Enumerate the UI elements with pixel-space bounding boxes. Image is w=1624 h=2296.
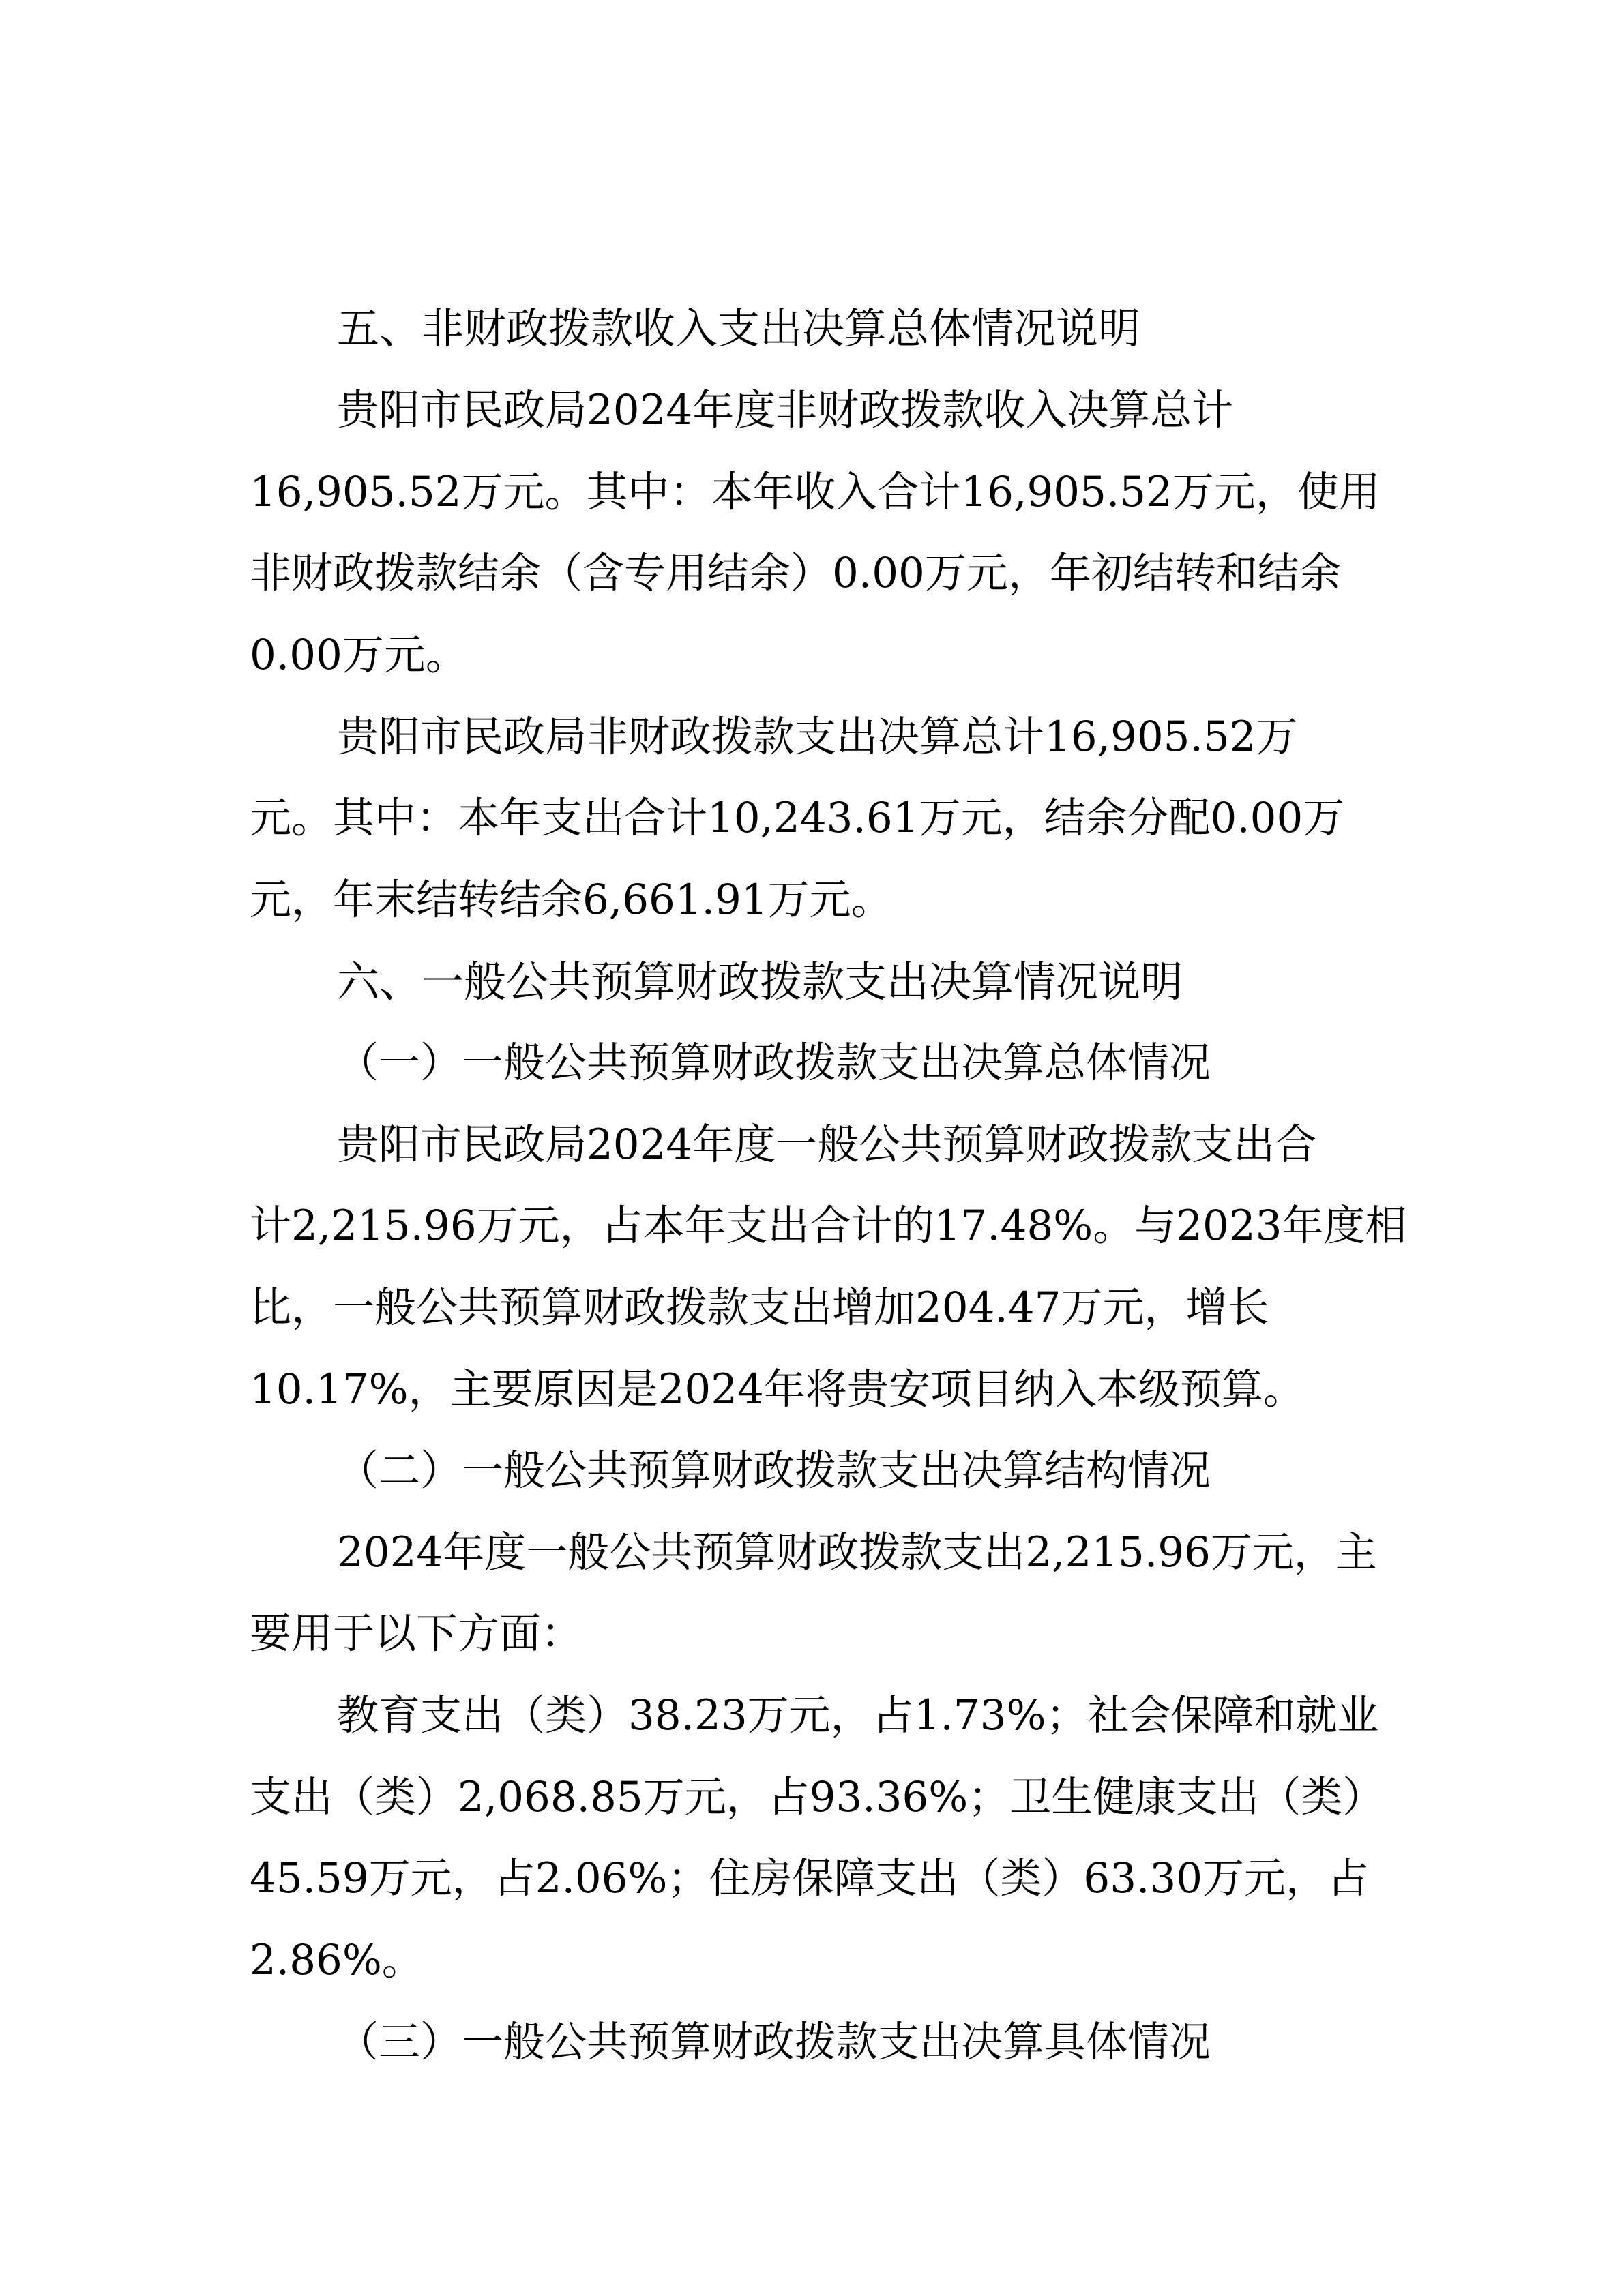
subsection-heading-3: （三）一般公共预算财政拨款支出决算具体情况 xyxy=(337,2015,1211,2070)
paragraph-line: 10.17%，主要原因是2024年将贵安项目纳入本级预算。 xyxy=(250,1362,1305,1417)
subsection-heading-2: （二）一般公共预算财政拨款支出决算结构情况 xyxy=(337,1444,1211,1498)
paragraph-line: 0.00万元。 xyxy=(250,628,467,683)
paragraph-line: 贵阳市民政局非财政拨款支出决算总计16,905.52万 xyxy=(337,710,1297,764)
section-heading-6: 六、一般公共预算财政拨款支出决算情况说明 xyxy=(337,955,1183,1009)
subsection-heading-1: （一）一般公共预算财政拨款支出决算总体情况 xyxy=(337,1036,1211,1090)
paragraph-line: 16,905.52万元。其中：本年收入合计16,905.52万元，使用 xyxy=(250,465,1381,520)
paragraph-line: 贵阳市民政局2024年度一般公共预算财政拨款支出合 xyxy=(337,1118,1316,1172)
paragraph-line: 支出（类）2,068.85万元，占93.36%；卫生健康支出（类） xyxy=(250,1770,1384,1825)
paragraph-line: 要用于以下方面： xyxy=(250,1607,582,1661)
paragraph-line: 计2,215.96万元，占本年支出合计的17.48%。与2023年度相 xyxy=(250,1199,1406,1253)
paragraph-line: 2024年度一般公共预算财政拨款支出2,215.96万元，主 xyxy=(337,1525,1377,1580)
paragraph-line: 元。其中：本年支出合计10,243.61万元，结余分配0.00万 xyxy=(250,791,1344,846)
paragraph-line: 2.86%。 xyxy=(250,1933,424,1988)
section-heading-5: 五、非财政拨款收入支出决算总体情况说明 xyxy=(337,301,1140,356)
paragraph-line: 非财政拨款结余（含专用结余）0.00万元，年初结转和结余 xyxy=(250,546,1341,601)
paragraph-line: 贵阳市民政局2024年度非财政拨款收入决算总计 xyxy=(337,383,1233,438)
paragraph-line: 45.59万元，占2.06%；住房保障支出（类）63.30万元，占 xyxy=(250,1851,1369,1906)
paragraph-line: 教育支出（类）38.23万元，占1.73%；社会保障和就业 xyxy=(337,1688,1378,1743)
paragraph-line: 比，一般公共预算财政拨款支出增加204.47万元，增长 xyxy=(250,1281,1269,1335)
document-page: 五、非财政拨款收入支出决算总体情况说明 贵阳市民政局2024年度非财政拨款收入决… xyxy=(0,0,1624,2296)
paragraph-line: 元，年末结转结余6,661.91万元。 xyxy=(250,873,893,927)
